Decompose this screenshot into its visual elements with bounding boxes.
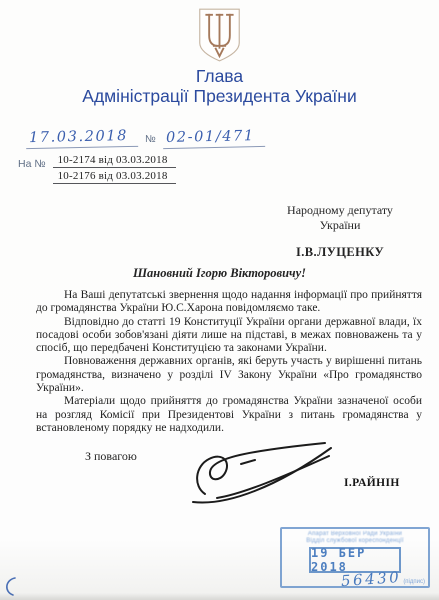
letter-body: На Ваші депутатські звернення щодо надан…	[36, 289, 422, 435]
ukraine-trident-emblem-icon	[196, 7, 243, 64]
letterhead-title-line2: Адміністрації Президента України	[0, 86, 439, 106]
signer-name: І.РАЙНІН	[344, 477, 400, 489]
stamp-org-line2: Відділ службової кореспонденції	[282, 538, 428, 545]
recipient-title-line1: Народному депутату	[255, 203, 425, 218]
recipient-title-line2: України	[255, 218, 425, 233]
letterhead-title-line1: Глава	[0, 66, 439, 86]
stamp-header-text: Апарат Верховної Ради України Відділ слу…	[282, 531, 428, 545]
handwritten-date: 17.03.2018	[26, 128, 138, 149]
scanned-letter-page: Глава Адміністрації Президента України 1…	[0, 0, 439, 600]
incoming-reference-label: На №	[18, 154, 46, 184]
scan-shadow-edge	[0, 593, 439, 600]
incoming-reference-row: 10-2174 від 03.03.2018	[53, 154, 176, 168]
incoming-reference-row: 10-2176 від 03.03.2018	[53, 168, 176, 184]
body-paragraph: Відповідно до статті 19 Конституції Укра…	[36, 316, 422, 356]
recipient-name: І.В.ЛУЦЕНКУ	[255, 245, 425, 260]
closing-regards: З повагою	[85, 449, 137, 464]
salutation: Шановний Ігорю Вікторовичу!	[0, 266, 439, 281]
body-paragraph: На Ваші депутатські звернення щодо надан…	[36, 289, 422, 316]
handwritten-signature-icon	[183, 436, 348, 516]
stamp-handwritten-number: 56430	[341, 568, 402, 590]
letterhead: Глава Адміністрації Президента України	[0, 66, 439, 106]
body-paragraph: Матеріали щодо прийняття до громадянства…	[36, 395, 422, 435]
stamp-org-line1: Апарат Верховної Ради України	[282, 531, 428, 538]
registration-stamp: Апарат Верховної Ради України Відділ слу…	[280, 527, 430, 588]
outgoing-reference: 17.03.2018 № 02-01/471	[26, 129, 265, 148]
handwritten-number: 02-01/471	[163, 128, 265, 149]
number-symbol: №	[145, 134, 156, 148]
incoming-reference: На № 10-2174 від 03.03.2018 10-2176 від …	[18, 154, 176, 184]
body-paragraph: Повноваження державних органів, які беру…	[36, 355, 422, 395]
recipient-block: Народному депутату України І.В.ЛУЦЕНКУ	[255, 203, 425, 260]
stamp-number-note: (підпис)	[403, 579, 425, 588]
